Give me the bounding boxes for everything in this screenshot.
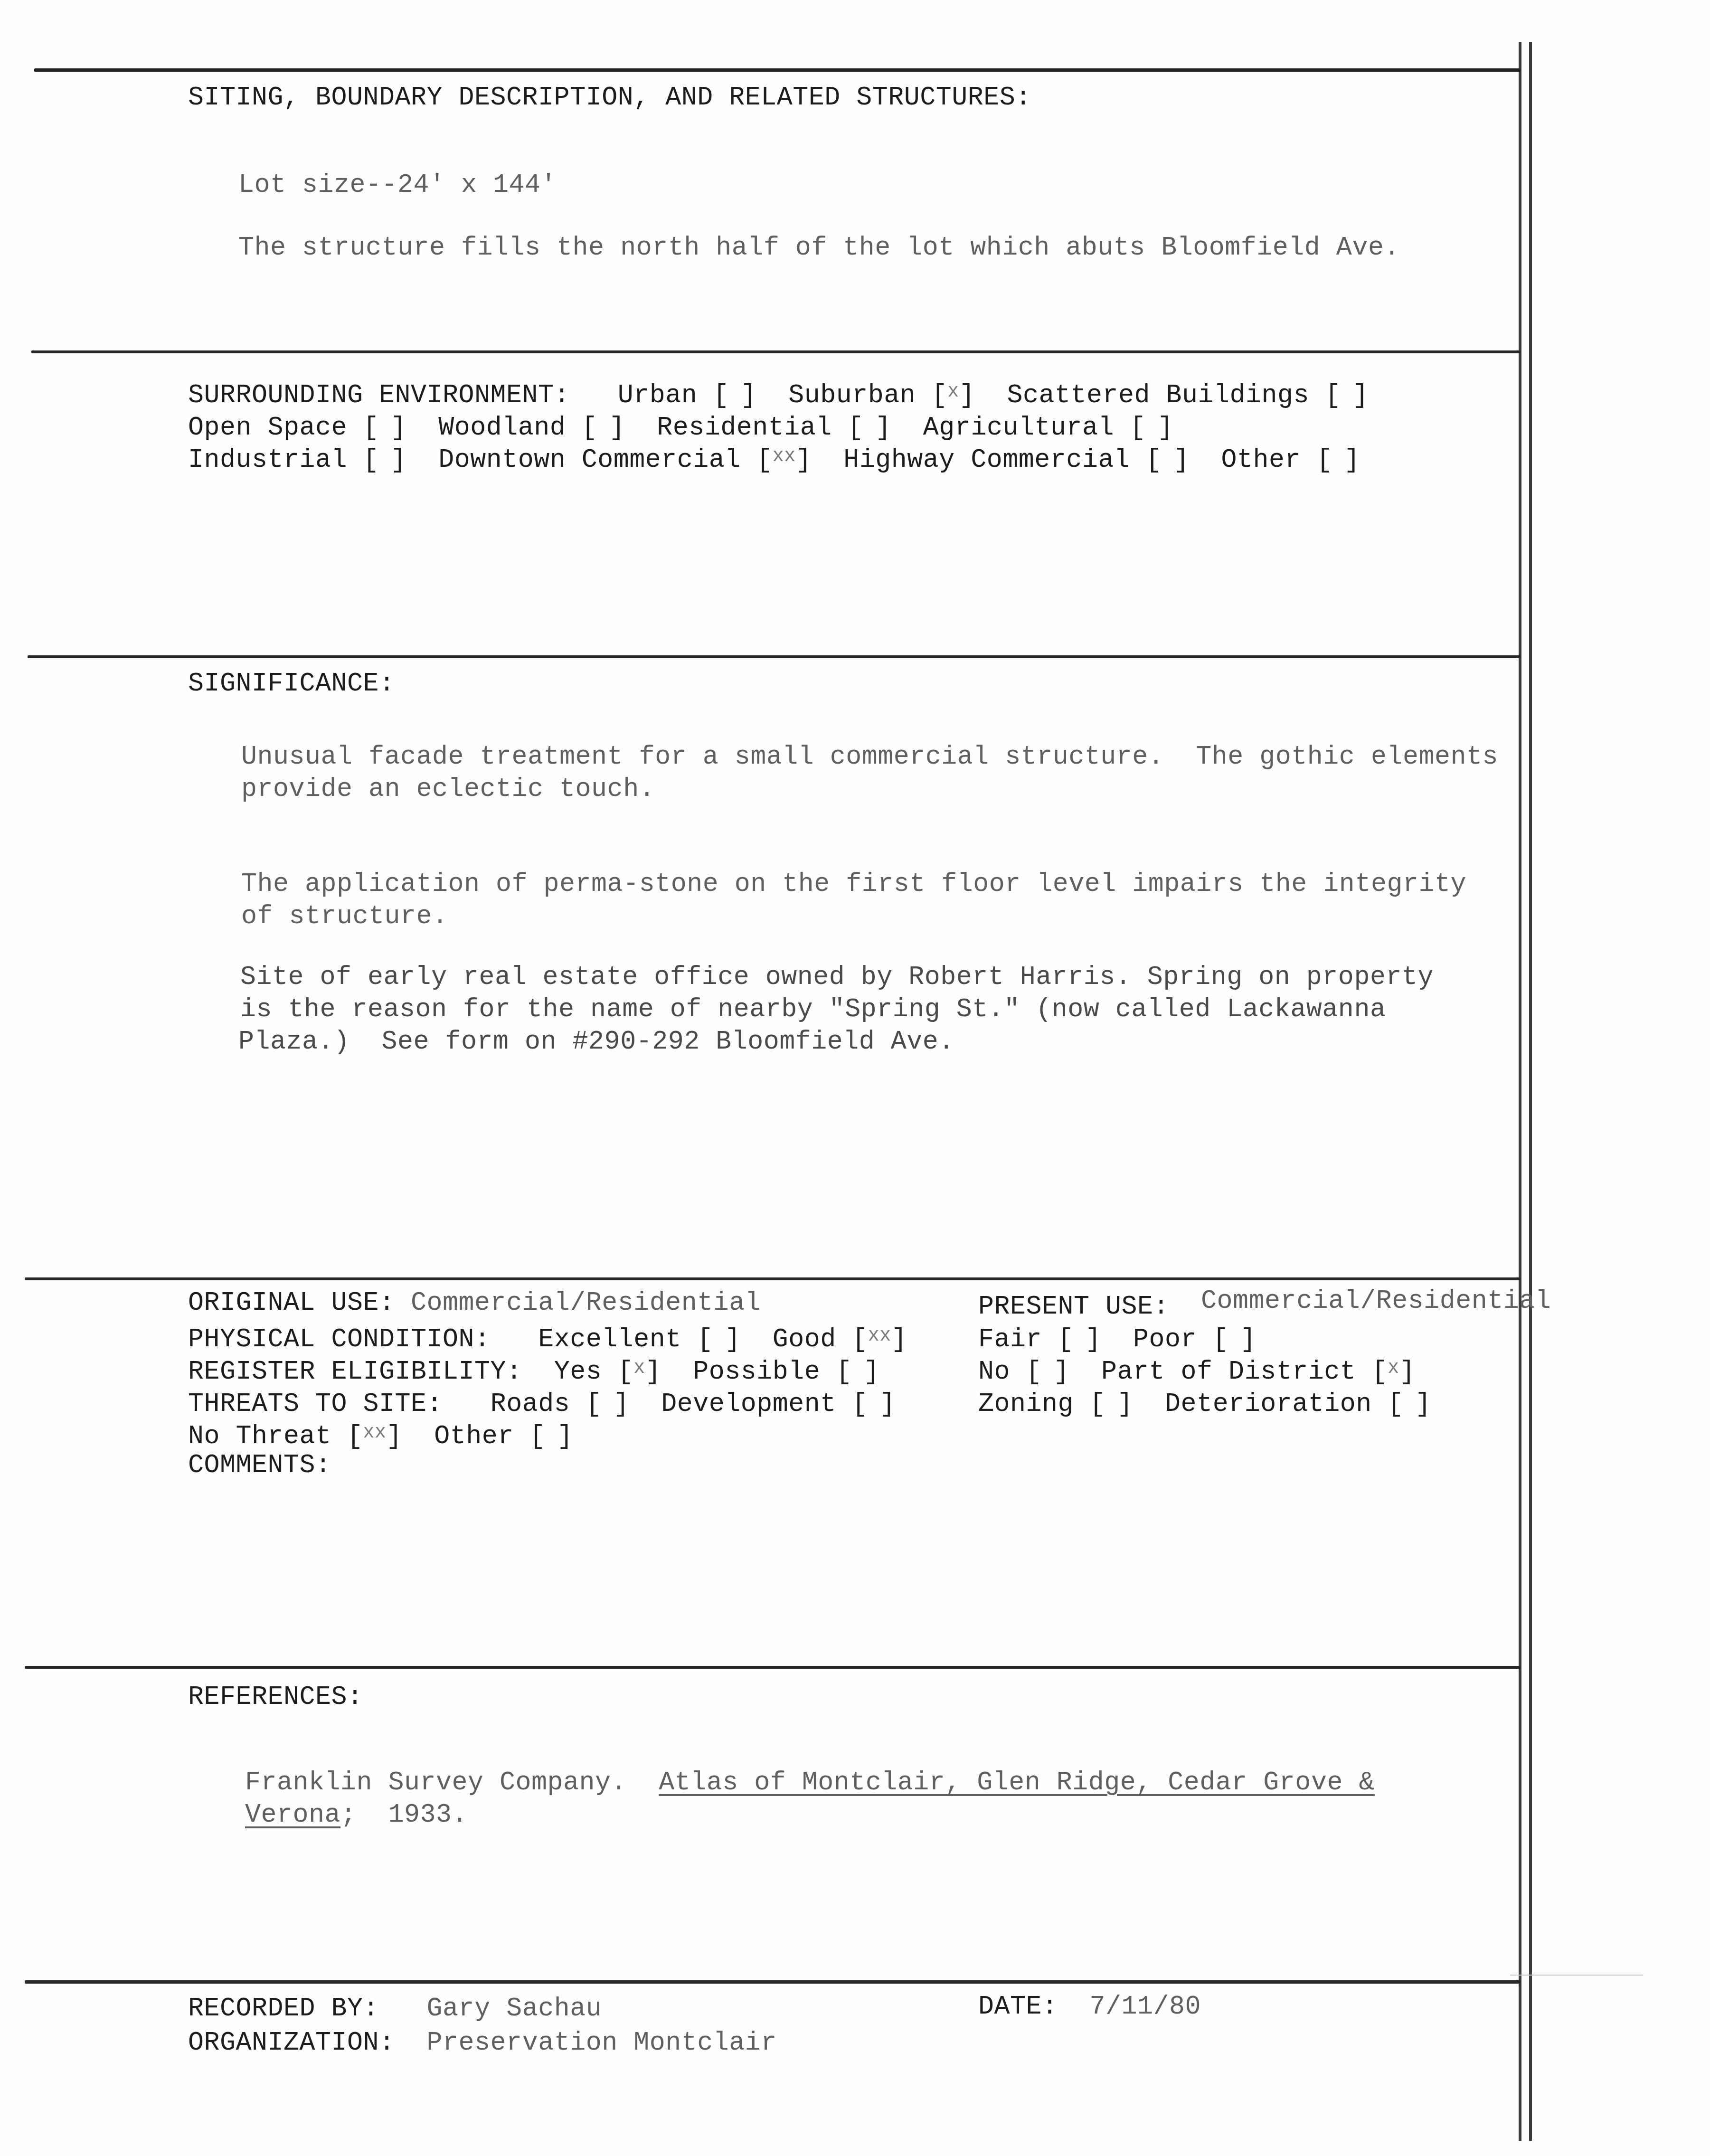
significance-p3-l2: is the reason for the name of nearby "Sp… <box>240 993 1386 1026</box>
organization-value: Preservation Montclair <box>427 2028 777 2058</box>
option-other[interactable]: Other [ ] <box>1221 445 1360 475</box>
significance-p2-l1: The application of perma-stone on the fi… <box>241 868 1466 900</box>
references-heading: REFERENCES: <box>188 1681 363 1713</box>
option-industrial[interactable]: Industrial [ ] <box>188 445 406 475</box>
condition-poor[interactable]: Poor [ ] <box>1133 1324 1256 1354</box>
threat-deterioration[interactable]: Deterioration [ ] <box>1165 1389 1431 1419</box>
reference-title: Atlas of Montclair, Glen Ridge, Cedar Gr… <box>659 1768 1375 1797</box>
original-use-label: ORIGINAL USE: <box>188 1288 395 1318</box>
comments-label: COMMENTS: <box>188 1449 331 1482</box>
eligibility-yes[interactable]: Yes [x] <box>554 1357 661 1387</box>
present-use-value: Commercial/Residential <box>1201 1286 1551 1316</box>
condition-excellent[interactable]: Excellent [ ] <box>538 1324 741 1354</box>
date-label: DATE: <box>978 1992 1058 2022</box>
divider-references <box>25 1666 1521 1669</box>
option-suburban[interactable]: Suburban [x] <box>788 380 975 410</box>
significance-p1-l2: provide an eclectic touch. <box>241 773 655 805</box>
right-border-outer <box>1529 42 1532 2141</box>
significance-p3-l1: Site of early real estate office owned b… <box>240 961 1434 993</box>
right-border-inner <box>1519 42 1521 2141</box>
threat-no-threat[interactable]: No Threat [xx] <box>188 1421 402 1451</box>
present-use-label: PRESENT USE: <box>978 1292 1169 1322</box>
organization-label: ORGANIZATION: <box>188 2028 395 2058</box>
physical-condition-row-right: Fair [ ] Poor [ ] <box>978 1320 1256 1356</box>
original-use-value: Commercial/Residential <box>411 1288 761 1318</box>
threat-other[interactable]: Other [ ] <box>434 1421 573 1451</box>
organization-row: ORGANIZATION: Preservation Montclair <box>188 2027 777 2059</box>
reference-year: ; 1933. <box>340 1800 468 1830</box>
physical-condition-row: PHYSICAL CONDITION: Excellent [ ] Good [… <box>188 1320 907 1356</box>
surrounding-line-1: SURROUNDING ENVIRONMENT: Urban [ ] Subur… <box>188 376 1369 412</box>
date-value: 7/11/80 <box>1090 1992 1201 2022</box>
recorded-by-label: RECORDED BY: <box>188 1994 379 2024</box>
option-residential[interactable]: Residential [ ] <box>657 413 891 443</box>
reference-author: Franklin Survey Company. <box>245 1768 627 1797</box>
significance-p3-l3: Plaza.) See form on #290-292 Bloomfield … <box>238 1026 954 1058</box>
threat-roads[interactable]: Roads [ ] <box>491 1389 630 1419</box>
eligibility-part-of-district[interactable]: Part of District [x] <box>1101 1357 1415 1387</box>
survey-form-page: SITING, BOUNDARY DESCRIPTION, AND RELATE… <box>0 0 1710 2156</box>
option-scattered-buildings[interactable]: Scattered Buildings [ ] <box>1007 380 1369 410</box>
option-open-space[interactable]: Open Space [ ] <box>188 413 406 443</box>
divider-status <box>25 1277 1521 1280</box>
threats-label: THREATS TO SITE: <box>188 1389 443 1419</box>
divider-significance <box>28 655 1521 658</box>
date-row: DATE: 7/11/80 <box>978 1991 1201 2023</box>
register-eligibility-label: REGISTER ELIGIBILITY: <box>188 1357 522 1387</box>
register-eligibility-row: REGISTER ELIGIBILITY: Yes [x] Possible [… <box>188 1352 879 1388</box>
present-use-row: PRESENT USE: Commercial/Residential <box>978 1291 1551 1323</box>
recorded-by-value: Gary Sachau <box>427 1994 602 2024</box>
threat-zoning[interactable]: Zoning [ ] <box>978 1389 1133 1419</box>
option-downtown-commercial[interactable]: Downtown Commercial [xx] <box>438 445 812 475</box>
eligibility-no[interactable]: No [ ] <box>978 1357 1069 1387</box>
option-woodland[interactable]: Woodland [ ] <box>438 413 625 443</box>
siting-description: The structure fills the north half of th… <box>238 232 1400 264</box>
significance-p1-l1: Unusual facade treatment for a small com… <box>241 741 1498 773</box>
surrounding-line-2: Open Space [ ] Woodland [ ] Residential … <box>188 408 1173 444</box>
option-agricultural[interactable]: Agricultural [ ] <box>923 413 1173 443</box>
original-use-row: ORIGINAL USE: Commercial/Residential <box>188 1287 761 1319</box>
surrounding-line-3: Industrial [ ] Downtown Commercial [xx] … <box>188 441 1360 476</box>
threat-development[interactable]: Development [ ] <box>661 1389 896 1419</box>
eligibility-possible[interactable]: Possible [ ] <box>693 1357 879 1387</box>
scan-artifact-line <box>1510 1975 1643 1976</box>
reference-title-cont: Verona <box>245 1800 340 1830</box>
option-highway-commercial[interactable]: Highway Commercial [ ] <box>843 445 1189 475</box>
threats-row-2: No Threat [xx] Other [ ] <box>188 1417 573 1453</box>
threats-row-right: Zoning [ ] Deterioration [ ] <box>978 1385 1431 1420</box>
significance-heading: SIGNIFICANCE: <box>188 668 395 700</box>
reference-line-1: Franklin Survey Company. Atlas of Montcl… <box>245 1767 1375 1799</box>
significance-p2-l2: of structure. <box>241 900 448 933</box>
option-urban[interactable]: Urban [ ] <box>618 380 757 410</box>
recorded-by-row: RECORDED BY: Gary Sachau <box>188 1993 602 2025</box>
divider-top <box>34 68 1521 72</box>
surrounding-heading: SURROUNDING ENVIRONMENT: <box>188 380 570 410</box>
divider-footer <box>25 1980 1521 1984</box>
threats-row: THREATS TO SITE: Roads [ ] Development [… <box>188 1385 896 1420</box>
reference-line-2: Verona; 1933. <box>245 1799 468 1831</box>
register-eligibility-row-right: No [ ] Part of District [x] <box>978 1352 1415 1388</box>
lot-size-text: Lot size--24' x 144' <box>238 169 557 201</box>
condition-good[interactable]: Good [xx] <box>773 1324 907 1354</box>
condition-fair[interactable]: Fair [ ] <box>978 1324 1101 1354</box>
siting-heading: SITING, BOUNDARY DESCRIPTION, AND RELATE… <box>188 82 1031 114</box>
physical-condition-label: PHYSICAL CONDITION: <box>188 1324 491 1354</box>
divider-surrounding <box>31 350 1521 353</box>
